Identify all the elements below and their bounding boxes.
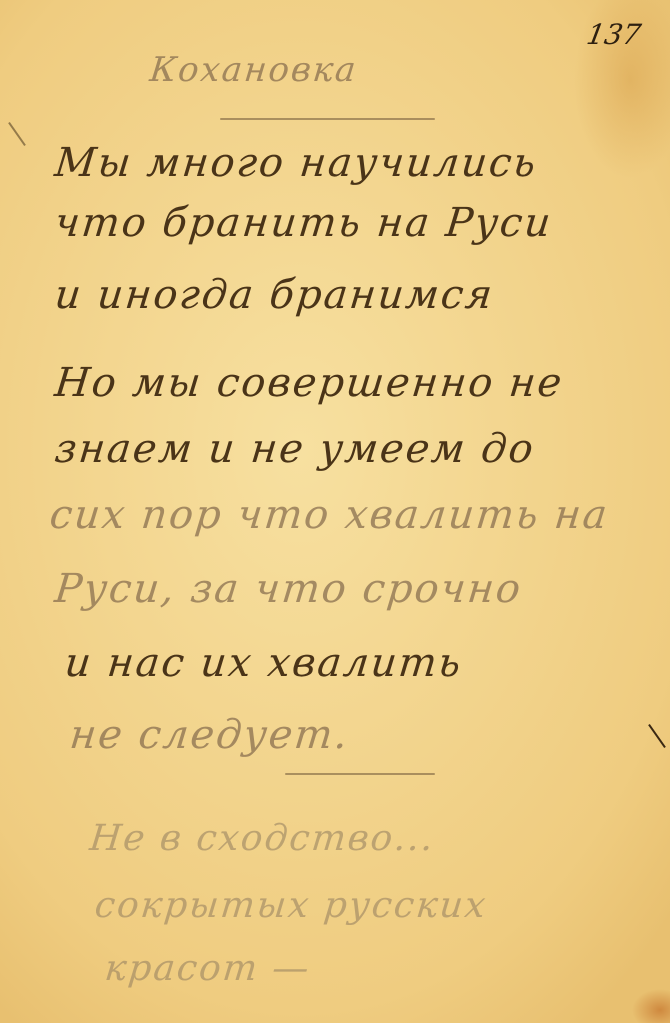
body-line: Мы много научились xyxy=(53,140,540,186)
manuscript-page: 137 Кохановка Мы много научились что бра… xyxy=(0,0,670,1023)
body-line: и иногда бранимся xyxy=(53,272,497,318)
body-line: Руси, за что срочно xyxy=(53,566,525,612)
note-line: сокрытых русских xyxy=(93,885,489,926)
section-divider xyxy=(285,773,435,775)
heading-underline xyxy=(220,118,435,120)
page-number: 137 xyxy=(584,18,643,51)
body-line: знаем и не умеем до xyxy=(53,426,538,472)
note-line: красот — xyxy=(103,948,313,989)
body-line: Но мы совершенно не xyxy=(53,360,566,406)
heading: Кохановка xyxy=(148,50,360,90)
body-line: что бранить на Руси xyxy=(53,200,555,246)
note-line: Не в сходство... xyxy=(88,818,437,859)
body-line: сих пор что хвалить на xyxy=(48,492,612,538)
body-line: и нас их хвалить xyxy=(63,640,465,686)
margin-mark xyxy=(8,122,26,146)
body-line: не следует. xyxy=(68,712,352,758)
margin-mark xyxy=(648,724,666,748)
